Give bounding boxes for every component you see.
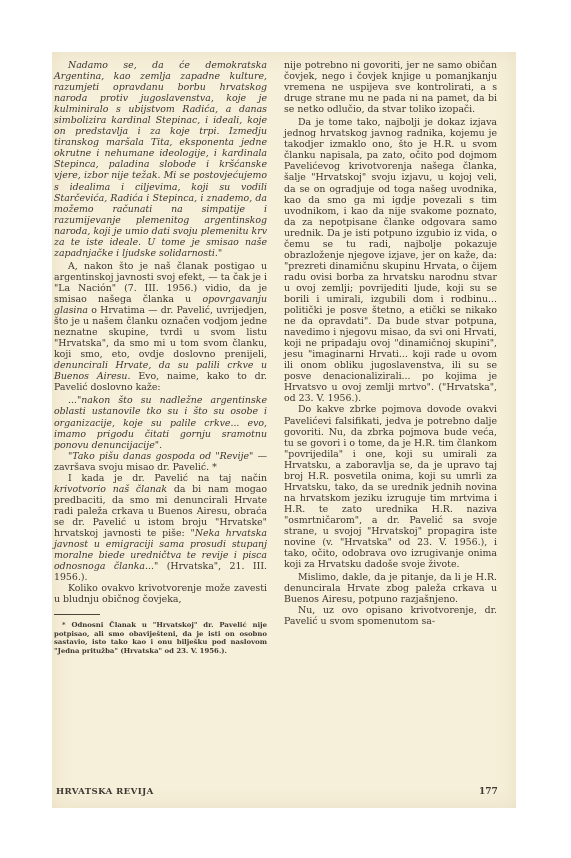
footnote-divider (54, 614, 100, 615)
right-column: nije potrebno ni govoriti, jer ne samo o… (284, 60, 497, 627)
footnote: * Odnosni Članak u "Hrvatskoj" dr. Pavel… (54, 621, 267, 655)
paragraph-izjava: Da je tome tako, najbolji je dokaz izjav… (284, 117, 497, 404)
running-footer-title: HRVATSKA REVIJA (56, 787, 154, 797)
paragraph-krivotvorio: I kada je dr. Pavelić na taj način krivo… (54, 473, 267, 583)
paragraph-mislimo: Mislimo, dakle, da je pitanje, da li je … (284, 572, 497, 605)
block-quote-pavelic: ..."nakon što su nadležne argentinske ob… (54, 395, 267, 450)
document-page: Nadamo se, da će demokratska Argentina, … (52, 52, 516, 808)
italic-span: krivotvorio naš članak (54, 484, 167, 495)
paragraph-zbrka: Do kakve zbrke pojmova dovode ovakvi Pav… (284, 404, 497, 570)
page-number: 177 (479, 787, 498, 797)
quoted-paragraph-argentina: Nadamo se, da će demokratska Argentina, … (54, 60, 267, 259)
text-span: I kada je dr. Pavelić na taj način (68, 473, 267, 484)
paragraph-nu: Nu, uz ovo opisano krivotvorenje, dr. Pa… (284, 605, 497, 627)
paragraph-koliko: Koliko ovakvo krivotvorenje može zavesti… (54, 583, 267, 605)
paragraph-efekt: A, nakon što je naš članak postigao u ar… (54, 261, 267, 394)
paragraph-tako-pisu: "Tako pišu danas gospoda od "Revije" — z… (54, 451, 267, 473)
left-column: Nadamo se, da će demokratska Argentina, … (54, 60, 267, 655)
paragraph-continuation: nije potrebno ni govoriti, jer ne samo o… (284, 60, 497, 115)
italic-span: "Tako pišu danas gospoda od "Revije" (68, 451, 253, 462)
